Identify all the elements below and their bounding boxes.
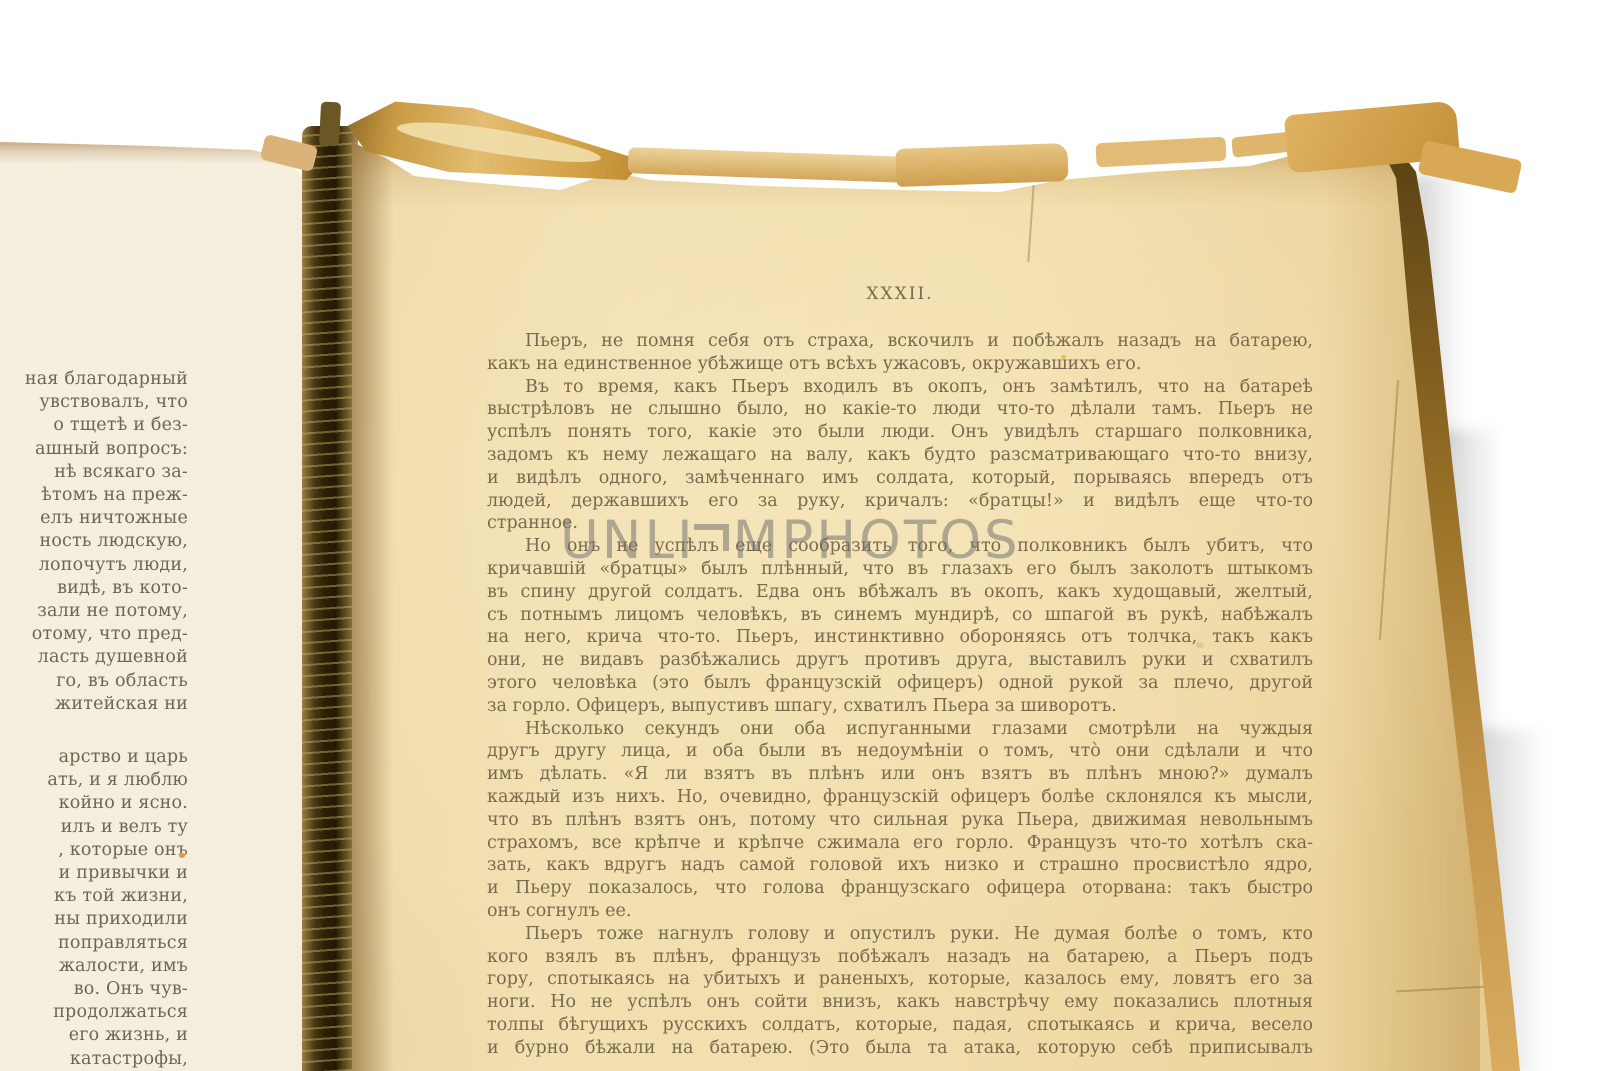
text-line: и видѣлъ одного, замѣченнаго имъ солдата… — [487, 467, 1313, 490]
text-line: видѣ, въ кото- — [0, 577, 188, 600]
text-line: ашный вопросъ: — [0, 438, 188, 461]
text-line: ать, и я люблю — [0, 769, 188, 792]
spine-binding-tip — [319, 102, 341, 147]
text-line: го, въ область — [0, 670, 188, 693]
text-line: илъ и велъ ту — [0, 816, 188, 839]
text-line: жалости, имъ — [0, 955, 188, 978]
watermark-text-after: MPHOTOS — [733, 514, 1021, 567]
text-line: за горло. Офицеръ, выпустивъ шпагу, схва… — [487, 695, 1313, 718]
text-line: кого взялъ въ плѣнъ, французъ побѣжалъ н… — [487, 946, 1313, 969]
text-line: къ той жизни, — [0, 885, 188, 908]
text-line: каждый изъ нихъ. Но, очевидно, французск… — [487, 786, 1313, 809]
text-line: выстрѣловъ не слышно было, но какіе-то л… — [487, 398, 1313, 421]
text-line: Нѣсколько секундъ они оба испуганными гл… — [487, 718, 1313, 741]
text-line: ная благодарный — [0, 368, 188, 391]
book-spine — [302, 126, 358, 1071]
right-page-gutter-shadow — [352, 138, 394, 1071]
text-line: койно и ясно. — [0, 792, 188, 815]
text-line: его жизнь, и — [0, 1024, 188, 1047]
text-line: о тщетѣ и без- — [0, 414, 188, 437]
paragraph-gap — [0, 716, 188, 746]
text-line: и Пьеру показалось, что голова французск… — [487, 877, 1313, 900]
text-line: успѣлъ понять того, какіе это были люди.… — [487, 421, 1313, 444]
text-line: Пьеръ тоже нагнулъ голову и опустилъ рук… — [487, 923, 1313, 946]
text-line: зать, какъ вдругъ надъ самой головой ихъ… — [487, 854, 1313, 877]
text-line: имъ дѣлать. «Я ли взятъ въ плѣнъ или онъ… — [487, 763, 1313, 786]
watermark: UNLIMPHOTOS — [560, 514, 1021, 567]
text-line: Пьеръ, не помня себя отъ страха, вскочил… — [487, 330, 1313, 353]
text-line: другъ другу лица, и оба были въ недоумѣн… — [487, 740, 1313, 763]
left-page-text-column: ная благодарный увствовалъ, что о тщетѣ … — [0, 368, 188, 1071]
text-line: ѣтомъ на преж- — [0, 484, 188, 507]
text-line: во. Онъ чув- — [0, 978, 188, 1001]
text-line: поправляться — [0, 932, 188, 955]
torn-paper-flap — [895, 143, 1068, 187]
fox-spot — [179, 853, 185, 858]
text-line: онъ согнулъ ее. — [487, 900, 1313, 923]
text-line: и привычки и — [0, 862, 188, 885]
text-line: катастрофы, — [0, 1048, 188, 1071]
text-line: толпы бѣгущихъ русскихъ солдатъ, которые… — [487, 1014, 1313, 1037]
text-line: , которые онъ — [0, 839, 188, 862]
text-line: задомъ къ нему лежащаго на валу, какъ бу… — [487, 444, 1313, 467]
text-line: увствовалъ, что — [0, 391, 188, 414]
text-line: страхомъ, все крѣпче и крѣпче сжимала ег… — [487, 832, 1313, 855]
text-line: Въ то время, какъ Пьеръ входилъ въ окопъ… — [487, 376, 1313, 399]
text-line: что въ плѣнъ взятъ онъ, потому что сильн… — [487, 809, 1313, 832]
text-line: житейская ни — [0, 693, 188, 716]
text-line: ласть душевной — [0, 646, 188, 669]
text-line: въ спину другой солдатъ. Едва онъ вбѣжал… — [487, 581, 1313, 604]
text-line: ность людскую, — [0, 530, 188, 553]
torn-paper-flap — [628, 147, 909, 183]
text-line: елъ ничтожные — [0, 507, 188, 530]
text-line: и бурно бѣжали на батарею. (Это была та … — [487, 1037, 1313, 1060]
text-line: они, не видавъ разбѣжались другъ противъ… — [487, 649, 1313, 672]
text-line: людей, державшихъ его за руку, кричалъ: … — [487, 490, 1313, 513]
text-line: на него, крича что-то. Пьеръ, инстинктив… — [487, 626, 1313, 649]
text-line: ноги. Но не успѣлъ онъ сойти внизъ, какъ… — [487, 991, 1313, 1014]
text-line: какъ на единственное убѣжище отъ всѣхъ у… — [487, 353, 1313, 376]
text-line: зали не потому, — [0, 600, 188, 623]
book-photo: ная благодарный увствовалъ, что о тщетѣ … — [0, 0, 1600, 1071]
text-line: нѣ всякаго за- — [0, 461, 188, 484]
text-line: лопочутъ люди, — [0, 554, 188, 577]
torn-paper-flap — [1095, 137, 1226, 168]
text-line: продолжаться — [0, 1001, 188, 1024]
text-line: съ потнымъ лицомъ человѣкъ, въ синемъ му… — [487, 604, 1313, 627]
text-line: отому, что пред- — [0, 623, 188, 646]
watermark-text-before: UNLI — [560, 514, 696, 567]
text-line: ны приходили — [0, 908, 188, 931]
text-line: гору, спотыкаясь на убитыхъ и раненыхъ, … — [487, 968, 1313, 991]
page-text-block: Пьеръ, не помня себя отъ страха, вскочил… — [487, 330, 1313, 1060]
turned-l-glyph — [698, 524, 729, 562]
chapter-heading: XXXII. — [487, 284, 1313, 304]
text-line: арство и царь — [0, 746, 188, 769]
text-line: этого человѣка (это былъ французскій офи… — [487, 672, 1313, 695]
